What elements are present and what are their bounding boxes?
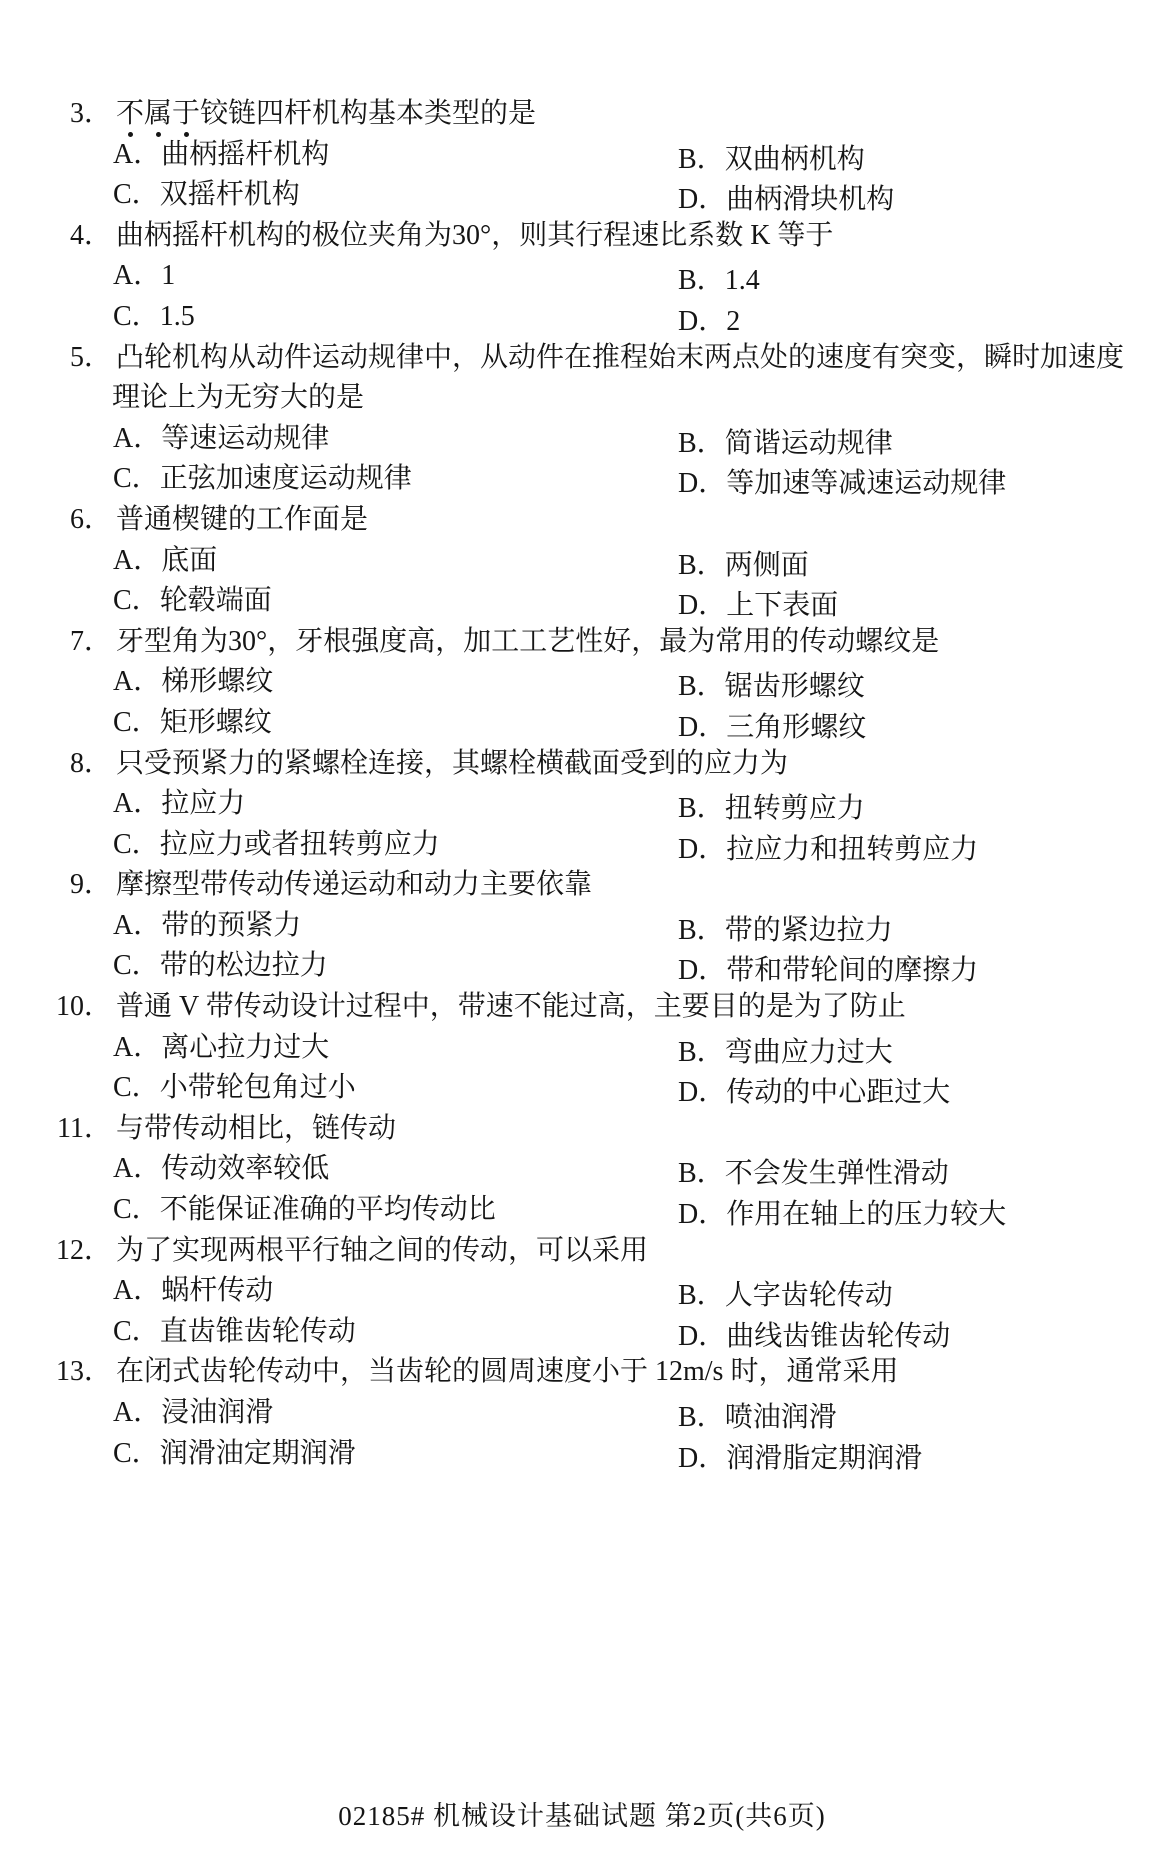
question-stem-row: 8．只受预紧力的紧螺栓连接，其螺栓横截面受到的应力为 (0, 744, 1164, 785)
option-text: 传动的中心距过大 (726, 1077, 950, 1108)
option-label: D． (678, 708, 726, 749)
emphasized-char: 不 (116, 94, 144, 135)
option-row: C．正弦加速度运动规律D．等加速等减速运动规律 (0, 459, 1164, 500)
option-row: C．不能保证准确的平均传动比D．作用在轴上的压力较大 (0, 1190, 1164, 1231)
option-d: D．2 (678, 302, 740, 343)
question-stem-text: 与带传动相比，链传动 (116, 1109, 396, 1150)
option-label: B． (678, 1276, 725, 1317)
option-text: 浸油润滑 (161, 1397, 273, 1428)
option-label: A． (113, 906, 161, 947)
question-number: 13． (28, 1352, 112, 1393)
option-label: A． (113, 1028, 161, 1069)
option-b: B．两侧面 (678, 546, 809, 587)
option-label: C． (113, 297, 160, 338)
option-c: C．拉应力或者扭转剪应力 (113, 825, 440, 866)
option-c: C．直齿锥齿轮传动 (113, 1312, 356, 1353)
option-label: B． (678, 1154, 725, 1195)
question-number: 12． (28, 1231, 112, 1272)
option-b: B．人字齿轮传动 (678, 1276, 893, 1317)
question-number: 9． (28, 865, 112, 906)
option-c: C．轮毂端面 (113, 581, 272, 622)
option-text: 小带轮包角过小 (160, 1072, 356, 1103)
option-a: A．蜗杆传动 (113, 1271, 273, 1312)
option-row: A．传动效率较低B．不会发生弹性滑动 (0, 1149, 1164, 1190)
question-stem-text-continued: 理论上为无穷大的是 (112, 378, 364, 419)
question-stem-text: 只受预紧力的紧螺栓连接，其螺栓横截面受到的应力为 (116, 744, 788, 785)
option-label: D． (678, 302, 726, 343)
question-stem-text: 为了实现两根平行轴之间的传动，可以采用 (116, 1231, 648, 1272)
option-row: A．拉应力B．扭转剪应力 (0, 784, 1164, 825)
option-label: C． (113, 1312, 160, 1353)
option-text: 两侧面 (725, 550, 809, 581)
question-stem-text: 普通楔键的工作面是 (116, 500, 368, 541)
option-d: D．曲柄滑块机构 (678, 180, 894, 221)
option-text: 人字齿轮传动 (725, 1280, 893, 1311)
option-row: A．底面B．两侧面 (0, 541, 1164, 582)
option-row: A．离心拉力过大B．弯曲应力过大 (0, 1028, 1164, 1069)
question-number: 3． (28, 94, 112, 135)
option-label: D． (678, 180, 726, 221)
option-label: A． (113, 256, 161, 297)
option-row: A．等速运动规律B．简谐运动规律 (0, 419, 1164, 460)
option-label: A． (113, 662, 161, 703)
question-stem-row: 11．与带传动相比，链传动 (0, 1109, 1164, 1150)
option-c: C．矩形螺纹 (113, 703, 272, 744)
option-a: A．底面 (113, 541, 217, 582)
option-label: C． (113, 581, 160, 622)
option-text: 双摇杆机构 (160, 179, 300, 210)
option-text: 1.5 (160, 301, 195, 332)
question-stem-row: 12．为了实现两根平行轴之间的传动，可以采用 (0, 1231, 1164, 1272)
option-text: 双曲柄机构 (725, 144, 865, 175)
option-label: C． (113, 175, 160, 216)
question-stem-text: 牙型角为30°，牙根强度高，加工工艺性好，最为常用的传动螺纹是 (116, 622, 939, 663)
option-text: 1.4 (725, 265, 760, 296)
question-number: 4． (28, 216, 112, 257)
option-label: B． (678, 789, 725, 830)
option-label: C． (113, 946, 160, 987)
option-label: C． (113, 825, 160, 866)
option-label: A． (113, 135, 161, 176)
option-text: 曲线齿锥齿轮传动 (726, 1321, 950, 1352)
option-label: A． (113, 1271, 161, 1312)
option-c: C．正弦加速度运动规律 (113, 459, 412, 500)
option-d: D．润滑脂定期润滑 (678, 1439, 922, 1480)
option-text: 等速运动规律 (161, 423, 329, 454)
option-row: C．小带轮包角过小D．传动的中心距过大 (0, 1068, 1164, 1109)
option-text: 不会发生弹性滑动 (725, 1158, 949, 1189)
question-number: 7． (28, 622, 112, 663)
option-label: A． (113, 419, 161, 460)
option-label: B． (678, 261, 725, 302)
option-c: C．双摇杆机构 (113, 175, 300, 216)
option-b: B．1.4 (678, 261, 760, 302)
option-b: B．扭转剪应力 (678, 789, 865, 830)
option-c: C．不能保证准确的平均传动比 (113, 1190, 496, 1231)
question-number: 11． (28, 1109, 112, 1150)
option-a: A．带的预紧力 (113, 906, 301, 947)
option-a: A．拉应力 (113, 784, 245, 825)
option-row: A．曲柄摇杆机构B．双曲柄机构 (0, 135, 1164, 176)
option-row: A．浸油润滑B．喷油润滑 (0, 1393, 1164, 1434)
option-text: 润滑脂定期润滑 (726, 1443, 922, 1474)
option-row: C．润滑油定期润滑D．润滑脂定期润滑 (0, 1434, 1164, 1475)
option-text: 拉应力或者扭转剪应力 (160, 829, 440, 860)
option-text: 喷油润滑 (725, 1402, 837, 1433)
option-text: 带的松边拉力 (160, 950, 328, 981)
option-label: D． (678, 1317, 726, 1358)
option-label: C． (113, 459, 160, 500)
option-d: D．曲线齿锥齿轮传动 (678, 1317, 950, 1358)
option-label: C． (113, 1434, 160, 1475)
question-stem-row-continued: 理论上为无穷大的是 (0, 378, 1164, 419)
option-a: A．传动效率较低 (113, 1149, 329, 1190)
option-b: B．弯曲应力过大 (678, 1033, 893, 1074)
option-text: 锯齿形螺纹 (725, 671, 865, 702)
option-b: B．喷油润滑 (678, 1398, 837, 1439)
question-stem-text: 不属于铰链四杆机构基本类型的是 (116, 94, 536, 135)
option-text: 拉应力 (161, 788, 245, 819)
option-label: D． (678, 830, 726, 871)
option-row: A．梯形螺纹B．锯齿形螺纹 (0, 662, 1164, 703)
option-label: B． (678, 911, 725, 952)
option-text: 带的预紧力 (161, 910, 301, 941)
option-label: C． (113, 703, 160, 744)
question-stem-row: 3．不属于铰链四杆机构基本类型的是 (0, 94, 1164, 135)
option-a: A．曲柄摇杆机构 (113, 135, 329, 176)
question-stem-text: 普通 V 带传动设计过程中，带速不能过高，主要目的是为了防止 (116, 987, 906, 1028)
option-label: D． (678, 1195, 726, 1236)
option-text: 蜗杆传动 (161, 1275, 273, 1306)
option-row: C．直齿锥齿轮传动D．曲线齿锥齿轮传动 (0, 1312, 1164, 1353)
option-text: 作用在轴上的压力较大 (726, 1199, 1006, 1230)
option-row: A．蜗杆传动B．人字齿轮传动 (0, 1271, 1164, 1312)
option-text: 上下表面 (726, 590, 838, 621)
question-stem-row: 13．在闭式齿轮传动中，当齿轮的圆周速度小于 12m/s 时，通常采用 (0, 1352, 1164, 1393)
question-number: 10． (28, 987, 112, 1028)
option-label: B． (678, 1033, 725, 1074)
option-row: C．矩形螺纹D．三角形螺纹 (0, 703, 1164, 744)
option-row: A．1B．1.4 (0, 256, 1164, 297)
option-d: D．带和带轮间的摩擦力 (678, 951, 978, 992)
option-label: D． (678, 586, 726, 627)
option-text: 润滑油定期润滑 (160, 1438, 356, 1469)
option-a: A．1 (113, 256, 175, 297)
option-row: C．带的松边拉力D．带和带轮间的摩擦力 (0, 946, 1164, 987)
question-list: 3．不属于铰链四杆机构基本类型的是A．曲柄摇杆机构B．双曲柄机构C．双摇杆机构D… (0, 94, 1164, 1474)
option-label: B． (678, 667, 725, 708)
option-label: A． (113, 1149, 161, 1190)
option-d: D．三角形螺纹 (678, 708, 866, 749)
option-c: C．小带轮包角过小 (113, 1068, 356, 1109)
question-stem-text: 在闭式齿轮传动中，当齿轮的圆周速度小于 12m/s 时，通常采用 (116, 1352, 898, 1393)
option-b: B．带的紧边拉力 (678, 911, 893, 952)
option-d: D．上下表面 (678, 586, 838, 627)
option-label: B． (678, 546, 725, 587)
option-text: 矩形螺纹 (160, 707, 272, 738)
emphasized-char: 于 (172, 94, 200, 135)
option-label: A． (113, 1393, 161, 1434)
option-text: 离心拉力过大 (161, 1032, 329, 1063)
option-c: C．润滑油定期润滑 (113, 1434, 356, 1475)
option-text: 2 (726, 306, 740, 337)
option-text: 1 (161, 260, 175, 291)
option-text: 直齿锥齿轮传动 (160, 1316, 356, 1347)
option-label: A． (113, 784, 161, 825)
option-text: 简谐运动规律 (725, 428, 893, 459)
option-label: D． (678, 1439, 726, 1480)
option-d: D．传动的中心距过大 (678, 1073, 950, 1114)
option-text: 弯曲应力过大 (725, 1037, 893, 1068)
option-b: B．不会发生弹性滑动 (678, 1154, 949, 1195)
emphasized-char: 属 (144, 94, 172, 135)
option-d: D．等加速等减速运动规律 (678, 464, 1006, 505)
question-stem-text: 凸轮机构从动件运动规律中，从动件在推程始末两点处的速度有突变，瞬时加速度 (116, 338, 1124, 379)
option-row: A．带的预紧力B．带的紧边拉力 (0, 906, 1164, 947)
option-text: 底面 (161, 545, 217, 576)
option-b: B．双曲柄机构 (678, 140, 865, 181)
question-number: 6． (28, 500, 112, 541)
option-label: D． (678, 951, 726, 992)
option-text: 正弦加速度运动规律 (160, 463, 412, 494)
option-a: A．梯形螺纹 (113, 662, 273, 703)
option-label: D． (678, 464, 726, 505)
option-label: C． (113, 1190, 160, 1231)
option-text: 三角形螺纹 (726, 712, 866, 743)
option-text: 带和带轮间的摩擦力 (726, 955, 978, 986)
option-text: 等加速等减速运动规律 (726, 468, 1006, 499)
option-text: 曲柄摇杆机构 (161, 139, 329, 170)
option-c: C．1.5 (113, 297, 195, 338)
option-row: C．拉应力或者扭转剪应力D．拉应力和扭转剪应力 (0, 825, 1164, 866)
option-d: D．作用在轴上的压力较大 (678, 1195, 1006, 1236)
question-stem-row: 7．牙型角为30°，牙根强度高，加工工艺性好，最为常用的传动螺纹是 (0, 622, 1164, 663)
page-footer: 02185# 机械设计基础试题 第2页(共6页) (0, 1796, 1164, 1836)
question-stem-row: 6．普通楔键的工作面是 (0, 500, 1164, 541)
option-label: D． (678, 1073, 726, 1114)
option-a: A．等速运动规律 (113, 419, 329, 460)
option-label: B． (678, 424, 725, 465)
option-row: C．双摇杆机构D．曲柄滑块机构 (0, 175, 1164, 216)
option-label: B． (678, 140, 725, 181)
option-b: B．锯齿形螺纹 (678, 667, 865, 708)
option-text: 梯形螺纹 (161, 666, 273, 697)
option-row: C．1.5D．2 (0, 297, 1164, 338)
question-stem-row: 10．普通 V 带传动设计过程中，带速不能过高，主要目的是为了防止 (0, 987, 1164, 1028)
option-row: C．轮毂端面D．上下表面 (0, 581, 1164, 622)
option-text: 曲柄滑块机构 (726, 184, 894, 215)
question-stem-row: 5．凸轮机构从动件运动规律中，从动件在推程始末两点处的速度有突变，瞬时加速度 (0, 338, 1164, 379)
option-a: A．离心拉力过大 (113, 1028, 329, 1069)
question-stem-row: 9．摩擦型带传动传递运动和动力主要依靠 (0, 865, 1164, 906)
option-label: B． (678, 1398, 725, 1439)
option-text: 不能保证准确的平均传动比 (160, 1194, 496, 1225)
question-stem-text: 曲柄摇杆机构的极位夹角为30°，则其行程速比系数 K 等于 (116, 216, 833, 257)
option-text: 传动效率较低 (161, 1153, 329, 1184)
option-b: B．简谐运动规律 (678, 424, 893, 465)
option-c: C．带的松边拉力 (113, 946, 328, 987)
option-d: D．拉应力和扭转剪应力 (678, 830, 978, 871)
option-text: 拉应力和扭转剪应力 (726, 834, 978, 865)
question-stem-text: 摩擦型带传动传递运动和动力主要依靠 (116, 865, 592, 906)
option-text: 扭转剪应力 (725, 793, 865, 824)
question-number: 5． (28, 338, 112, 379)
option-text: 轮毂端面 (160, 585, 272, 616)
exam-page: 3．不属于铰链四杆机构基本类型的是A．曲柄摇杆机构B．双曲柄机构C．双摇杆机构D… (0, 0, 1164, 1862)
option-label: C． (113, 1068, 160, 1109)
question-number: 8． (28, 744, 112, 785)
option-a: A．浸油润滑 (113, 1393, 273, 1434)
option-text: 带的紧边拉力 (725, 915, 893, 946)
question-stem-row: 4．曲柄摇杆机构的极位夹角为30°，则其行程速比系数 K 等于 (0, 216, 1164, 257)
option-label: A． (113, 541, 161, 582)
